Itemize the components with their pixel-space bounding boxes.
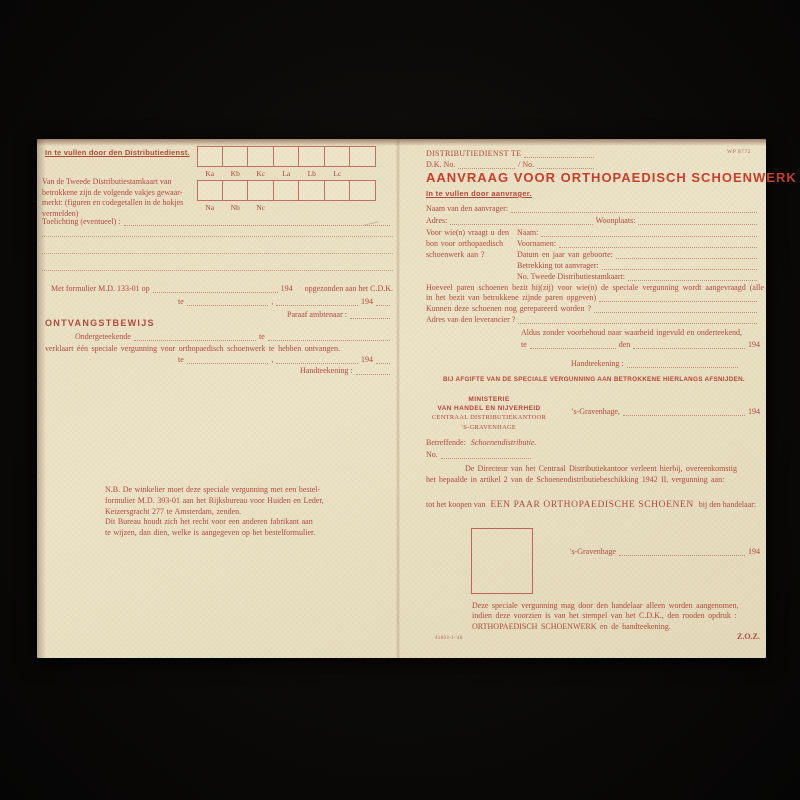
no-row: No. [426, 450, 597, 460]
purpose-pre: tot het koopen van [426, 500, 485, 510]
blank-line [187, 304, 269, 306]
grid-label: Nb [223, 203, 249, 212]
comma: , [271, 297, 273, 307]
voor-wien-row-3: schoenwerk aan ? Datum en jaar van geboo… [426, 250, 760, 260]
nb-line: Keizersgracht 277 te Amsterdam, zenden. [105, 507, 324, 518]
intro-line: merkt: (figuren en codegetallen in de ho… [42, 198, 183, 209]
blank-line [628, 279, 757, 281]
code-box [350, 180, 376, 201]
blank-line [376, 304, 390, 306]
form-subtitle: In te vullen door aanvrager. [426, 189, 532, 199]
toelichting-label: Toelichting (eventueel) : [42, 217, 121, 227]
code-box [197, 146, 223, 167]
year-placeholder: 194 [361, 297, 373, 307]
blank-line [511, 211, 757, 213]
place-label: 's-Gravenhage, [572, 407, 620, 417]
blank-line [124, 224, 390, 226]
te-label: te [178, 355, 184, 365]
grid-label: Ka [197, 169, 223, 178]
toelichting-row: Toelichting (eventueel) : [42, 217, 393, 227]
blank-line [602, 268, 757, 270]
blank-line [627, 366, 738, 368]
code-box [325, 180, 351, 201]
field-label: Betrekking tot aanvrager: [517, 261, 599, 271]
handteekening-label: Handteekening : [300, 366, 353, 376]
dk-number-row: D.K. No. / No. [426, 160, 597, 170]
code-box [274, 146, 300, 167]
ministry-line: MINISTERIE [426, 396, 552, 405]
blank-line [594, 311, 757, 313]
field-label: Voornamen: [517, 239, 556, 249]
year-placeholder: 194 [748, 407, 760, 417]
intro-line: Van de Tweede Distributiestamkaart van [42, 177, 183, 188]
grid-label: Kc [248, 169, 274, 178]
purpose-post: bij den handelaar: [699, 500, 756, 510]
year-placeholder: 194 [281, 284, 293, 294]
declaration-place-row: te den 194 [521, 340, 760, 350]
nb-paragraph: N.B. De winkelier moet deze speciale ver… [105, 485, 324, 539]
fold-crease [396, 139, 400, 658]
ministry-line: CENTRAAL DISTRIBUTIEKANTOOR [426, 414, 552, 423]
te-label: te [178, 297, 184, 307]
nb-line: te wijzen, dan dien, welke is aangegeven… [105, 528, 324, 539]
gravenhage-date-row: 's-Gravenhage, 194 [572, 407, 760, 417]
ondergeteekende-row: Ondergeteekende te [75, 332, 393, 342]
field-label: in het bezit van betrokkene zijnde paren… [426, 293, 596, 303]
field-label: Woonplaats: [596, 216, 636, 226]
code-grid: Ka Kb Kc La Lb Lc Na Nb Nc [197, 146, 377, 214]
blank-line [458, 167, 515, 169]
left-section-heading: In te vullen door den Distributiedienst. [45, 148, 190, 158]
nb-line: formulier M.D. 393-01 aan het Rijksburea… [105, 496, 324, 507]
grant-line-2: het bepaalde in artikel 2 van de Schoene… [426, 475, 724, 485]
leverancier-row: Adres van den leverancier ? [426, 315, 760, 325]
conditions-line: ORTHOPAEDISCH SCHOENWERK en de handteeke… [472, 622, 739, 632]
grant-place-row: 's-Gravenhage 194 [570, 547, 760, 557]
blank-line [616, 257, 757, 259]
naam-aanvrager-row: Naam van den aanvrager: [426, 204, 760, 214]
grid-label: Lc [325, 169, 351, 178]
ontvangstbewijs-heading: ONTVANGSTBEWIJS [45, 318, 155, 328]
no-label: No. [426, 450, 438, 460]
repareeren-row: Kunnen deze schoenen nog gerepareerd wor… [426, 304, 760, 314]
hoeveel-line-2-row: in het bezit van betrokkene zijnde paren… [426, 293, 760, 303]
place-label: 's-Gravenhage [570, 547, 616, 557]
form-title: AANVRAAG VOOR ORTHOPAEDISCH SCHOENWERK [426, 170, 797, 185]
blank-line [633, 347, 745, 349]
left-intro-paragraph: Van de Tweede Distributiestamkaart van b… [42, 177, 183, 219]
verklaart-line: verklaart één speciale vergunning voor o… [45, 344, 340, 354]
code-box [274, 180, 300, 201]
ministry-line: 'S-GRAVENHAGE [426, 424, 552, 433]
field-label: No. Tweede Distributiestamkaart: [517, 272, 625, 282]
ondergeteekende-label: Ondergeteekende [75, 332, 131, 342]
intro-line: betrokkene zijn de volgende vakjes gewaa… [42, 188, 183, 199]
year-placeholder: 194 [361, 355, 373, 365]
code-box [248, 146, 274, 167]
aldus-line: Aldus zonder voorbehoud naar waarheid in… [521, 328, 742, 338]
ministry-line: VAN HANDEL EN NIJVERHEID [426, 405, 552, 414]
blank-line [638, 223, 757, 225]
formulier-place-row: te , 194 [178, 297, 393, 307]
blank-line [541, 235, 757, 237]
stamkaart-row: No. Tweede Distributiestamkaart: [517, 272, 760, 282]
te-label: te [259, 332, 265, 342]
field-label: bon voor orthopaedisch [426, 239, 517, 249]
dienst-row: DISTRIBUTIEDIENST TE [426, 149, 597, 159]
code-box [248, 180, 274, 201]
blank-line [537, 167, 594, 169]
blank-line [356, 373, 390, 375]
adres-row: Adres: Woonplaats: [426, 216, 760, 226]
year-placeholder: 194 [748, 547, 760, 557]
grant-line-1: De Directeur van het Centraal Distributi… [465, 464, 737, 474]
field-label: Adres van den leverancier ? [426, 315, 515, 325]
ruled-line [42, 235, 393, 237]
code-grid-row-2 [197, 180, 377, 201]
code-box [299, 146, 325, 167]
field-label: Naam: [517, 228, 538, 238]
ruled-line [42, 269, 393, 271]
blank-line [268, 339, 390, 341]
field-label: schoenwerk aan ? [426, 250, 517, 260]
grid-label: Na [197, 203, 223, 212]
nb-line: Dit Bureau houdt zich het recht voor een… [105, 517, 324, 528]
ontvangst-place-row: te , 194 [178, 355, 393, 365]
nb-line: N.B. De winkelier moet deze speciale ver… [105, 485, 324, 496]
grid-label: Lb [299, 169, 325, 178]
code-box [325, 146, 351, 167]
code-box [223, 146, 249, 167]
conditions-line: Deze speciale vergunning mag door den ha… [472, 601, 739, 611]
print-code: 41893-1-'46 [435, 634, 463, 644]
code-box [350, 146, 376, 167]
purpose-row: tot het koopen van EEN PAAR ORTHOPAEDISC… [426, 500, 771, 510]
stamp-box [471, 528, 533, 594]
voor-wien-row-1: Voor wie(n) vraagt u den Naam: [426, 228, 760, 238]
slash-no-label: / No. [518, 160, 534, 170]
code-grid-row-1 [197, 146, 377, 167]
betreffende-label: Betreffende: [426, 438, 466, 448]
form-code: WP 8772 [727, 147, 751, 157]
ruled-line [42, 252, 393, 254]
blank-line [619, 554, 745, 556]
formulier-label: Met formulier M.D. 133-01 op [51, 284, 150, 294]
blank-line [450, 223, 592, 225]
field-label: Voor wie(n) vraagt u den [426, 228, 517, 238]
field-label: Adres: [426, 216, 447, 226]
handteekening-row-left: Handteekening : [300, 366, 393, 376]
conditions-paragraph: Deze speciale vergunning mag door den ha… [472, 601, 739, 632]
blank-line [623, 414, 745, 416]
code-box [223, 180, 249, 201]
handteekening-label: Handteekening : [571, 359, 624, 369]
blank-line [599, 300, 757, 302]
formulier-row: Met formulier M.D. 133-01 op 194 opgezon… [51, 284, 393, 294]
blank-line [518, 322, 757, 324]
grid-label: La [274, 169, 300, 178]
code-grid-labels-1: Ka Kb Kc La Lb Lc [197, 167, 377, 180]
voor-wien-row-2: bon voor orthopaedisch Voornamen: [426, 239, 760, 249]
blank-line [153, 291, 278, 293]
blank-line [276, 362, 358, 364]
code-box [299, 180, 325, 201]
blank-line [376, 362, 390, 364]
cut-notice: BIJ AFGIFTE VAN DE SPECIALE VERGUNNING A… [435, 375, 753, 385]
blank-line [559, 246, 757, 248]
formulier-label-2: opgezonden aan het C.D.K. [305, 284, 393, 294]
zoz-label: Z.O.Z. [737, 632, 760, 642]
paraaf-row: Paraaf ambtenaar : [287, 310, 393, 320]
blank-line [524, 156, 594, 158]
paraaf-label: Paraaf ambtenaar : [287, 310, 347, 320]
betreffende-value: Schoenendistributie. [471, 438, 537, 448]
field-label: Naam van den aanvrager: [426, 204, 508, 214]
blank-line [530, 347, 616, 349]
betrekking-row: Betrekking tot aanvrager: [517, 261, 760, 271]
purpose-emphasis: EEN PAAR ORTHOPAEDISCHE SCHOENEN [490, 500, 693, 510]
code-box [197, 180, 223, 201]
blank-line [187, 362, 269, 364]
blank-line [350, 317, 390, 319]
comma: , [271, 355, 273, 365]
handteekening-row-right: Handteekening : [571, 359, 741, 369]
blank-line [276, 304, 358, 306]
blank-line [441, 457, 531, 459]
year-placeholder: 194 [748, 340, 760, 350]
conditions-line: indien deze voorzien is van het stempel … [472, 611, 739, 621]
den-label: den [619, 340, 631, 350]
scan-background: In te vullen door den Distributiedienst.… [0, 0, 800, 800]
form-document: In te vullen door den Distributiedienst.… [37, 139, 766, 658]
code-grid-labels-2: Na Nb Nc [197, 201, 377, 214]
betreffende-row: Betreffende: Schoenendistributie. [426, 438, 626, 448]
grid-label: Kb [223, 169, 249, 178]
dienst-label: DISTRIBUTIEDIENST TE [426, 149, 521, 159]
field-label: Datum en jaar van geboorte: [517, 250, 613, 260]
field-label: Kunnen deze schoenen nog gerepareerd wor… [426, 304, 591, 314]
te-label: te [521, 340, 527, 350]
dk-no-label: D.K. No. [426, 160, 455, 170]
hoeveel-line-1: Hoeveel paren schoenen bezit hij(zij) vo… [426, 283, 764, 293]
ministry-block: MINISTERIE VAN HANDEL EN NIJVERHEID CENT… [426, 396, 552, 432]
blank-line [134, 339, 256, 341]
grid-label: Nc [248, 203, 274, 212]
